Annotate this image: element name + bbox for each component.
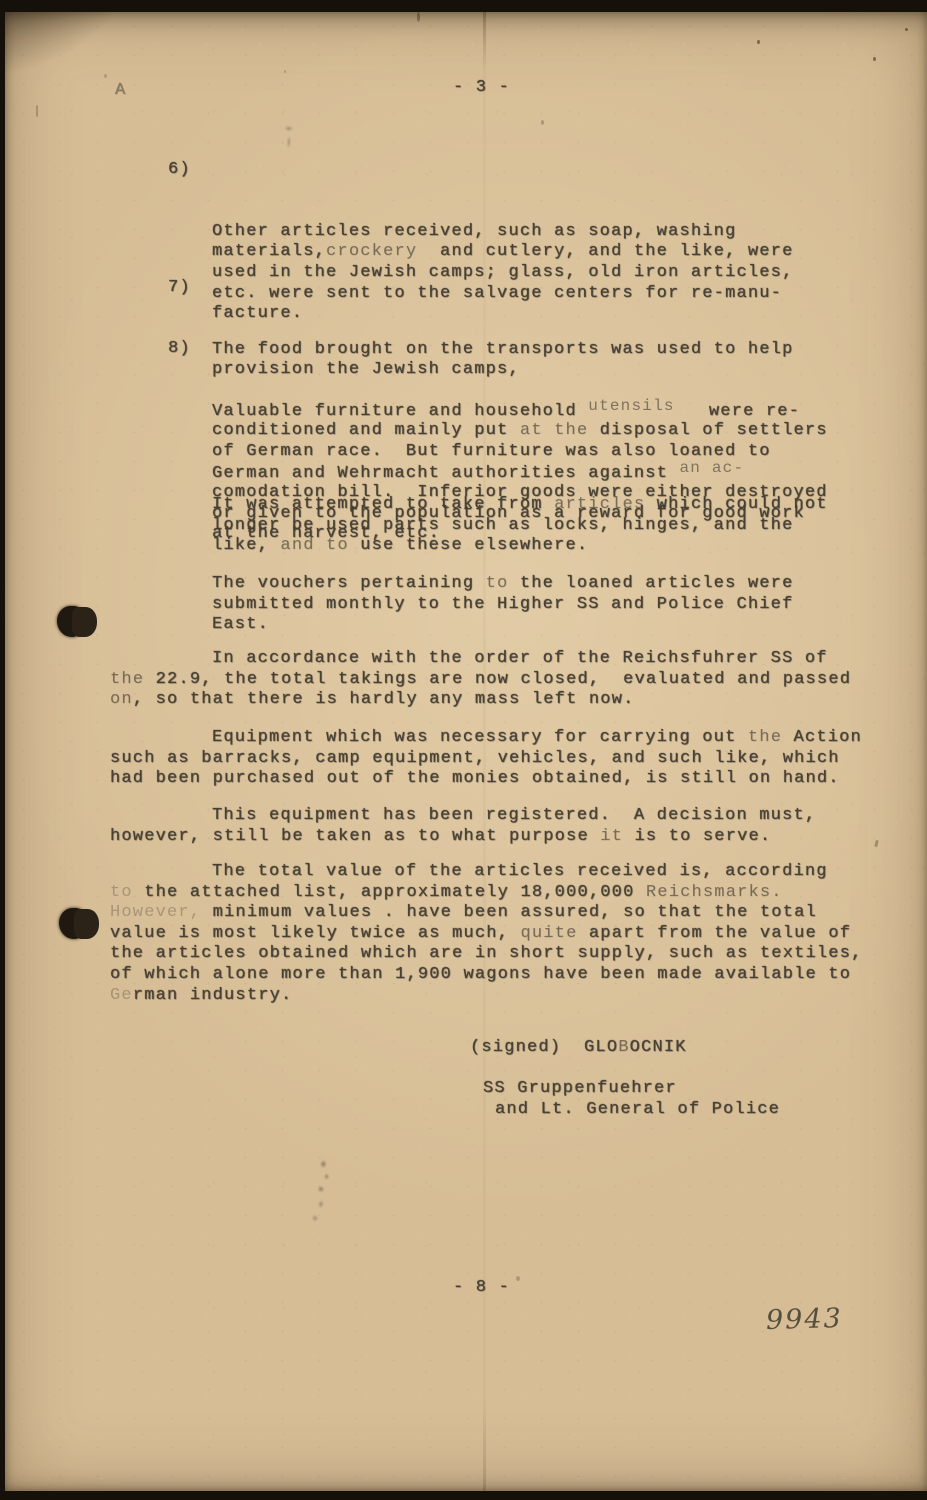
- item-number-7: 7): [168, 278, 191, 299]
- speck: [905, 28, 908, 31]
- page-number-bottom: - 8 -: [453, 1278, 510, 1299]
- speck: [873, 57, 876, 61]
- paragraph-reichsfuhrer-order: In accordance with the order of the Reic…: [110, 649, 851, 711]
- item-number-6: 6): [168, 160, 191, 181]
- paragraph-registered: This equipment has been registered. A de…: [110, 806, 816, 847]
- speck: [541, 120, 544, 125]
- document-page: A - 3 - 6) Other articles received, such…: [5, 12, 927, 1491]
- signature-title-police: and Lt. General of Police: [495, 1100, 780, 1121]
- archive-number-handwritten: 9943: [766, 1303, 844, 1336]
- speck: [36, 105, 38, 117]
- scanned-document: { "page": { "corner_marking": "A", "page…: [0, 0, 927, 1500]
- speck: [516, 1276, 520, 1281]
- hole-punch-top: [57, 606, 85, 637]
- paragraph-equipment: Equipment which was necessary for carryi…: [110, 728, 862, 790]
- corner-marking: A: [115, 81, 126, 102]
- speck: [284, 70, 286, 73]
- paragraph-total-value: The total value of the articles received…: [110, 862, 863, 1006]
- speck: [417, 12, 420, 22]
- page-number-top: - 3 -: [453, 78, 510, 99]
- ink-smudge: [299, 1156, 340, 1234]
- item-number-8: 8): [168, 339, 191, 360]
- sub-paragraph-vouchers: The vouchers pertaining to the loaned ar…: [212, 574, 794, 636]
- sub-paragraph-locks: It was attempted to take from articles w…: [212, 495, 828, 557]
- signature-line: (signed) GLOBOCNIK: [470, 1038, 687, 1059]
- hole-punch-bottom: [59, 908, 87, 939]
- speck: [104, 74, 107, 78]
- signature-title-rank: SS Gruppenfuehrer: [483, 1079, 677, 1100]
- faint-smudge: [276, 123, 300, 154]
- speck: [757, 40, 760, 44]
- speck: [874, 840, 879, 848]
